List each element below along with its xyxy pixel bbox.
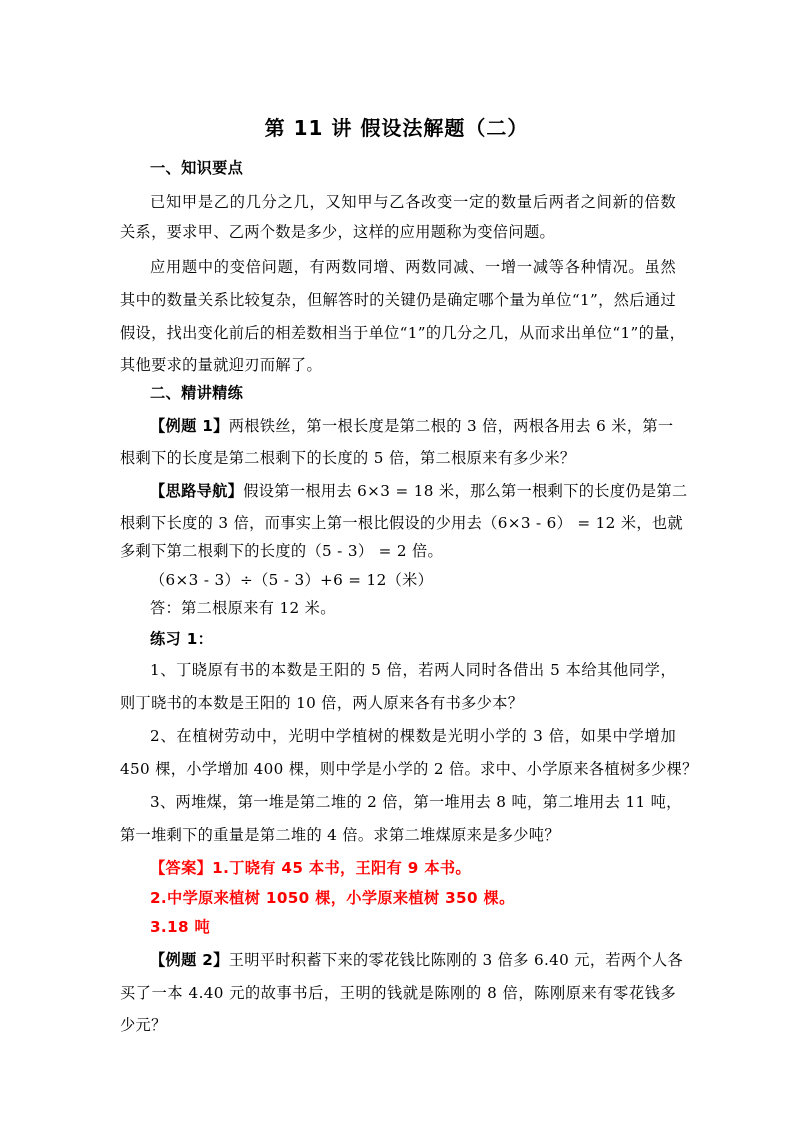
hint1-line: 根剩下长度的 3 倍，而事实上第一根比假设的少用去（6×3 - 6） = 12 … — [120, 513, 676, 533]
hint1-text: 假设第一根用去 6×3 = 18 米，那么第一根剩下的长度仍是第二 — [243, 482, 687, 500]
example2-line: 买了一本 4.40 元的故事书后，王明的钱就是陈刚的 8 倍，陈刚原来有零花钱多 — [120, 983, 676, 1003]
example1-label: 【例题 1】 — [150, 417, 229, 435]
paragraph-line: 关系，要求甲、乙两个数是多少，这样的应用题称为变倍问题。 — [120, 222, 676, 242]
example1-line: 根剩下的长度是第二根剩下的长度的 5 倍，第二根原来有多少米？ — [120, 448, 676, 468]
paragraph-line: 已知甲是乙的几分之几，又知甲与乙各改变一定的数量后两者之间新的倍数 — [150, 192, 676, 212]
example2-label: 【例题 2】 — [150, 951, 229, 969]
page-title: 第 11 讲 假设法解题（二） — [0, 112, 793, 141]
paragraph-line: 应用题中的变倍问题，有两数同增、两数同减、一增一减等各种情况。虽然 — [150, 257, 676, 277]
practice-question: 3、两堆煤，第一堆是第二堆的 2 倍，第一堆用去 8 吨，第二堆用去 11 吨， — [150, 792, 676, 812]
practice1-heading: 练习 1： — [150, 629, 676, 649]
hint1-line: 【思路导航】假设第一根用去 6×3 = 18 米，那么第一根剩下的长度仍是第二 — [150, 481, 676, 501]
hint1-line: 多剩下第二根剩下的长度的（5 - 3） = 2 倍。 — [120, 541, 676, 561]
paragraph-line: 其他要求的量就迎刃而解了。 — [120, 355, 676, 375]
example1-line: 【例题 1】两根铁丝，第一根长度是第二根的 3 倍，两根各用去 6 米，第一 — [150, 416, 676, 436]
example2-line: 【例题 2】王明平时积蓄下来的零花钱比陈刚的 3 倍多 6.40 元，若两个人各 — [150, 950, 676, 970]
answer-line: 【答案】1.丁晓有 45 本书，王阳有 9 本书。 — [150, 858, 676, 878]
example1-text: 两根铁丝，第一根长度是第二根的 3 倍，两根各用去 6 米，第一 — [229, 417, 674, 435]
practice-question: 第一堆剩下的重量是第二堆的 4 倍。求第二堆煤原来是多少吨？ — [120, 825, 676, 845]
practice-question: 1、丁晓原有书的本数是王阳的 5 倍，若两人同时各借出 5 本给其他同学， — [150, 660, 676, 680]
example2-text: 王明平时积蓄下来的零花钱比陈刚的 3 倍多 6.40 元，若两个人各 — [229, 951, 683, 969]
section-heading-practice: 二、精讲精练 — [150, 383, 676, 403]
hint1-label: 【思路导航】 — [150, 482, 243, 500]
answer-line: 2.中学原来植树 1050 棵，小学原来植树 350 棵。 — [150, 888, 676, 908]
section-heading-knowledge: 一、知识要点 — [150, 158, 676, 178]
practice-question: 450 棵，小学增加 400 棵，则中学是小学的 2 倍。求中、小学原来各植树多… — [120, 759, 676, 779]
paragraph-line: 其中的数量关系比较复杂，但解答时的关键仍是确定哪个量为单位“1”，然后通过 — [120, 290, 676, 310]
answer1: 答：第二根原来有 12 米。 — [150, 598, 676, 618]
practice-question: 则丁晓书的本数是王阳的 10 倍，两人原来各有书多少本？ — [120, 693, 676, 713]
practice-question: 2、在植树劳动中，光明中学植树的棵数是光明小学的 3 倍，如果中学增加 — [150, 726, 676, 746]
example2-line: 少元？ — [120, 1015, 676, 1035]
paragraph-line: 假设，找出变化前后的相差数相当于单位“1”的几分之几，从而求出单位“1”的量， — [120, 323, 676, 343]
equation1: （6×3 - 3）÷（5 - 3）+6 = 12（米） — [150, 570, 676, 590]
answer-line: 3.18 吨 — [150, 917, 676, 937]
document-page: 第 11 讲 假设法解题（二） 一、知识要点 已知甲是乙的几分之几，又知甲与乙各… — [0, 0, 793, 1122]
